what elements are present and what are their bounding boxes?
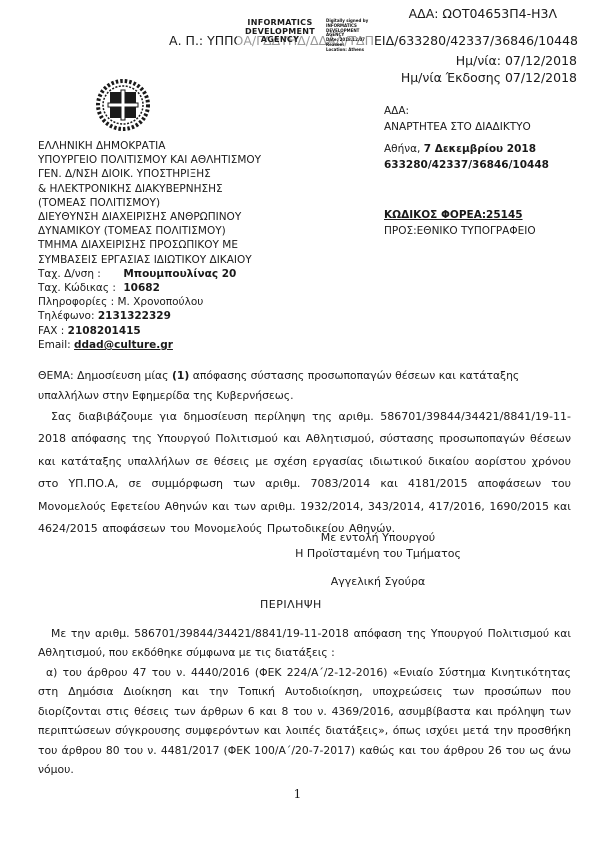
summary-paragraph-intro: Με την αριθμ. 586701/39844/34421/8841/19… (38, 624, 571, 663)
sender-block: ΕΛΛΗΝΙΚΗ ΔΗΜΟΚΡΑΤΙΑ ΥΠΟΥΡΓΕΙΟ ΠΟΛΙΤΙΣΜΟΥ… (38, 139, 343, 352)
sender-line: ΔΙΕΥΘΥΝΣΗ ΔΙΑΧΕΙΡΙΣΗΣ ΑΝΘΡΩΠΙΝΟΥ (38, 210, 343, 224)
contact-person-label: Πληροφορίες : (38, 296, 117, 308)
address-value: Μπουμπουλίνας 20 (123, 268, 236, 280)
closing-line: Με εντολή Υπουργού (278, 530, 478, 546)
page-number: 1 (0, 787, 595, 801)
sender-line: ΥΠΟΥΡΓΕΙΟ ΠΟΛΙΤΙΣΜΟΥ ΚΑΙ ΑΘΛΗΤΙΣΜΟΥ (38, 153, 343, 167)
sender-line: ΣΥΜΒΑΣΕΙΣ ΕΡΓΑΣΙΑΣ ΙΔΙΩΤΙΚΟΥ ΔΙΚΑΙΟΥ (38, 253, 343, 267)
stamp-agency-line: AGENCY (237, 36, 323, 45)
greek-coat-of-arms-icon (94, 78, 152, 134)
postal-code-label: Ταχ. Κώδικας : (38, 281, 120, 295)
fax-value: 2108201415 (68, 325, 141, 337)
stamp-signature-line: Location: Athens (326, 48, 372, 53)
protocol-number-line: Α. Π.: ΥΠΠΟΑ/ΓΔΔΥΗΔ/ΔΔΑΔ/ΤΔΠΕΙΔ/633280/4… (169, 33, 578, 48)
city-date-line: Αθήνα, 7 Δεκεμβρίου 2018 (384, 141, 549, 157)
phone-value: 2131322329 (98, 310, 171, 322)
anartitea-label: ΑΝΑΡΤΗΤΕΑ ΣΤΟ ΔΙΑΔΙΚΤΥΟ (384, 119, 549, 135)
email-label: Email: (38, 339, 74, 351)
fax-label: FAX : (38, 325, 68, 337)
subject-label: ΘΕΜΑ: (38, 369, 74, 382)
sender-line: (ΤΟΜΕΑΣ ΠΟΛΙΤΙΣΜΟΥ) (38, 196, 343, 210)
address-label: Ταχ. Δ/νση : (38, 267, 120, 281)
subject-count: (1) (172, 369, 189, 382)
postal-code-value: 10682 (123, 282, 160, 294)
stamp-agency-name: INFORMATICS DEVELOPMENT AGENCY (237, 19, 323, 53)
city-label: Αθήνα, (384, 143, 420, 155)
subject-text: Δημοσίευση μίας (77, 369, 168, 382)
protocol-numbers: 633280/42337/36846/10448 (384, 157, 549, 173)
pros-line: ΠΡΟΣ:ΕΘΝΙΚΟ ΤΥΠΟΓΡΑΦΕΙΟ (384, 223, 549, 239)
sender-line: ΔΥΝΑΜΙΚΟΥ (ΤΟΜΕΑΣ ΠΟΛΙΤΙΣΜΟΥ) (38, 224, 343, 238)
phone-field: Τηλέφωνο: 2131322329 (38, 309, 343, 323)
subject-line: ΘΕΜΑ: Δημοσίευση μίας (1) απόφασης σύστα… (38, 366, 573, 405)
summary-title: ΠΕΡΙΛΗΨΗ (260, 598, 322, 611)
signature-block: Με εντολή Υπουργού Η Προϊσταμένη του Τμή… (278, 530, 478, 590)
contact-person-field: Πληροφορίες : Μ. Χρονοπούλου (38, 295, 343, 309)
stamp-signature-details: Digitally signed by INFORMATICS DEVELOPM… (326, 19, 372, 53)
sender-line: ΤΜΗΜΑ ΔΙΑΧΕΙΡΙΣΗΣ ΠΡΟΣΩΠΙΚΟΥ ΜΕ (38, 238, 343, 252)
email-field: Email: ddad@culture.gr (38, 338, 343, 352)
recipient-block: ΑΔΑ: ΑΝΑΡΤΗΤΕΑ ΣΤΟ ΔΙΑΔΙΚΤΥΟ Αθήνα, 7 Δε… (384, 103, 549, 239)
sender-line: ΕΛΛΗΝΙΚΗ ΔΗΜΟΚΡΑΤΙΑ (38, 139, 343, 153)
issue-date-line: Ημ/νία Έκδοσης 07/12/2018 (401, 70, 577, 85)
summary-paragraph-item-a: α) του άρθρου 47 του ν. 4440/2016 (ΦΕΚ 2… (38, 663, 571, 779)
postal-code-field: Ταχ. Κώδικας : 10682 (38, 281, 343, 295)
body-paragraph-1: Σας διαβιβάζουμε για δημοσίευση περίληψη… (38, 406, 571, 540)
date-line: Ημ/νία: 07/12/2018 (456, 53, 577, 68)
digital-signature-stamp: INFORMATICS DEVELOPMENT AGENCY Digitally… (237, 19, 373, 53)
fax-field: FAX : 2108201415 (38, 324, 343, 338)
phone-label: Τηλέφωνο: (38, 310, 98, 322)
contact-person-value: Μ. Χρονοπούλου (117, 296, 203, 308)
ada-label: ΑΔΑ: (384, 103, 549, 119)
sender-line: & ΗΛΕΚΤΡΟΝΙΚΗΣ ΔΙΑΚΥΒΕΡΝΗΣΗΣ (38, 182, 343, 196)
document-page: ΑΔΑ: ΩΟΤ04653Π4-Η3Λ Α. Π.: ΥΠΠΟΑ/ΓΔΔΥΗΔ/… (0, 0, 595, 842)
ada-number: ΑΔΑ: ΩΟΤ04653Π4-Η3Λ (409, 6, 557, 21)
forea-code: ΚΩΔΙΚΟΣ ΦΟΡΕΑ:25145 (384, 207, 549, 223)
closing-line: Η Προϊσταμένη του Τμήματος (278, 546, 478, 562)
sender-line: ΓΕΝ. Δ/ΝΣΗ ΔΙΟΙΚ. ΥΠΟΣΤΗΡΙΞΗΣ (38, 167, 343, 181)
date-value: 7 Δεκεμβρίου 2018 (424, 143, 536, 155)
signatory-name: Αγγελική Σγούρα (278, 574, 478, 590)
address-field: Ταχ. Δ/νση : Μπουμπουλίνας 20 (38, 267, 343, 281)
email-link[interactable]: ddad@culture.gr (74, 339, 173, 351)
